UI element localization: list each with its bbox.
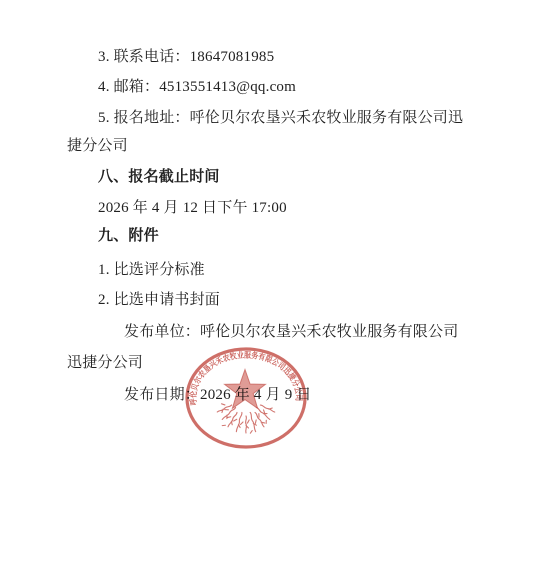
email-line: 4. 邮箱：4513551413@qq.com: [98, 77, 296, 97]
contact-phone-line: 3. 联系电话：18647081985: [98, 47, 274, 67]
attachment-1-line: 1. 比选评分标准: [98, 260, 205, 280]
deadline-line: 2026 年 4 月 12 日下午 17:00: [98, 198, 287, 218]
attachment-2-line: 2. 比选申请书封面: [98, 290, 220, 310]
section-8-heading: 八、报名截止时间: [98, 167, 220, 187]
publisher-line-2: 迅捷分公司: [67, 353, 143, 373]
address-line-2: 捷分公司: [67, 136, 128, 156]
section-9-heading: 九、附件: [98, 226, 159, 246]
document-page: 3. 联系电话：18647081985 4. 邮箱：4513551413@qq.…: [0, 0, 538, 582]
publisher-line-1: 发布单位：呼伦贝尔农垦兴禾农牧业服务有限公司: [124, 322, 458, 342]
publish-date-line: 发布日期：2026 年 4 月 9 日: [124, 385, 312, 405]
seal-vertical-script-marks: [215, 400, 276, 433]
address-line-1: 5. 报名地址：呼伦贝尔农垦兴禾农牧业服务有限公司迅: [98, 108, 463, 128]
